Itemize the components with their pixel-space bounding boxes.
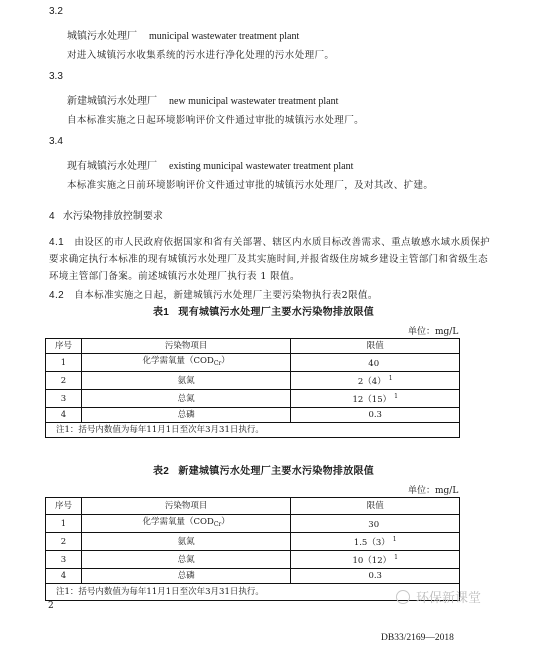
clause-4-1-line-3: 环境主管部门备案。前述城镇污水处理厂执行表 1 限值。 xyxy=(49,268,300,282)
definition-3-3: 自本标准实施之日起环境影响评价文件通过审批的城镇污水处理厂。 xyxy=(67,112,364,126)
term-en: existing municipal wastewater treatment … xyxy=(169,161,353,172)
section-number-3-3: 3.3 xyxy=(49,71,63,82)
definition-3-4: 本标准实施之日前环境影响评价文件通过审批的城镇污水处理厂，及对其改、扩建。 xyxy=(67,177,433,191)
header-cell: 限值 xyxy=(291,498,460,515)
term-3-2: 城镇污水处理厂municipal wastewater treatment pl… xyxy=(67,27,299,42)
table2-caption: 表2 新建城镇污水处理厂主要水污染物排放限值 xyxy=(153,462,374,477)
table-header-row: 序号 污染物项目 限值 xyxy=(46,339,460,354)
term-zh: 新建城镇污水处理厂 xyxy=(67,96,157,107)
table1-caption: 表1 现有城镇污水处理厂主要水污染物排放限值 xyxy=(153,303,374,318)
header-cell: 污染物项目 xyxy=(81,339,291,354)
table-row: 4 总磷 0.3 xyxy=(46,408,460,423)
clause-4-2: 4.2 自本标准实施之日起，新建城镇污水处理厂主要污染物执行表2限值。 xyxy=(49,287,378,301)
chapter-4-heading: 4 水污染物排放控制要求 xyxy=(49,207,163,222)
clause-4-1-line-2: 要求确定执行本标准的现有城镇污水处理厂及其实施时间,并报省级住房城乡建设主管部门… xyxy=(49,251,488,265)
table1: 序号 污染物项目 限值 1 化学需氧量（CODCr） 40 2 氨氮 2（4）1… xyxy=(45,338,460,438)
table-row: 3 总氮 12（15）1 xyxy=(46,390,460,408)
table-header-row: 序号 污染物项目 限值 xyxy=(46,498,460,515)
header-cell: 限值 xyxy=(291,339,460,354)
clause-number: 4.2 xyxy=(49,290,64,301)
term-3-3: 新建城镇污水处理厂new municipal wastewater treatm… xyxy=(67,92,338,107)
definition-3-2: 对进入城镇污水收集系统的污水进行净化处理的污水处理厂。 xyxy=(67,47,334,61)
table-note-row: 注1：括号内数值为每年11月1日至次年3月31日执行。 xyxy=(46,423,460,438)
term-en: municipal wastewater treatment plant xyxy=(149,31,299,42)
term-3-4: 现有城镇污水处理厂existing municipal wastewater t… xyxy=(67,157,353,172)
section-number-3-2: 3.2 xyxy=(49,6,63,17)
table-row: 1 化学需氧量（CODCr） 40 xyxy=(46,354,460,372)
section-number-3-4: 3.4 xyxy=(49,136,63,147)
term-zh: 现有城镇污水处理厂 xyxy=(67,161,157,172)
table2-unit: 单位：mg/L xyxy=(408,483,458,496)
table-row: 3 总氮 10（12）1 xyxy=(46,551,460,569)
term-en: new municipal wastewater treatment plant xyxy=(169,96,338,107)
page-number: 2 xyxy=(48,601,54,611)
table-row: 2 氨氮 1.5（3）1 xyxy=(46,533,460,551)
header-cell: 序号 xyxy=(46,339,82,354)
table1-note: 注1：括号内数值为每年11月1日至次年3月31日执行。 xyxy=(46,423,460,438)
table2: 序号 污染物项目 限值 1 化学需氧量（CODCr） 30 2 氨氮 1.5（3… xyxy=(45,497,460,601)
clause-number: 4.1 xyxy=(49,237,64,248)
table-row: 4 总磷 0.3 xyxy=(46,569,460,584)
table-row: 2 氨氮 2（4）1 xyxy=(46,372,460,390)
clause-4-1-line-1: 4.1 由设区的市人民政府依据国家和省有关部署、辖区内水质目标改善需求、重点敏感… xyxy=(49,234,490,248)
table-row: 1 化学需氧量（CODCr） 30 xyxy=(46,515,460,533)
watermark: 环保新课堂 xyxy=(396,587,481,606)
table1-unit: 单位：mg/L xyxy=(408,324,458,337)
header-cell: 污染物项目 xyxy=(81,498,291,515)
term-zh: 城镇污水处理厂 xyxy=(67,31,137,42)
header-cell: 序号 xyxy=(46,498,82,515)
wechat-icon xyxy=(396,590,410,604)
document-id: DB33/2169—2018 xyxy=(381,633,454,643)
